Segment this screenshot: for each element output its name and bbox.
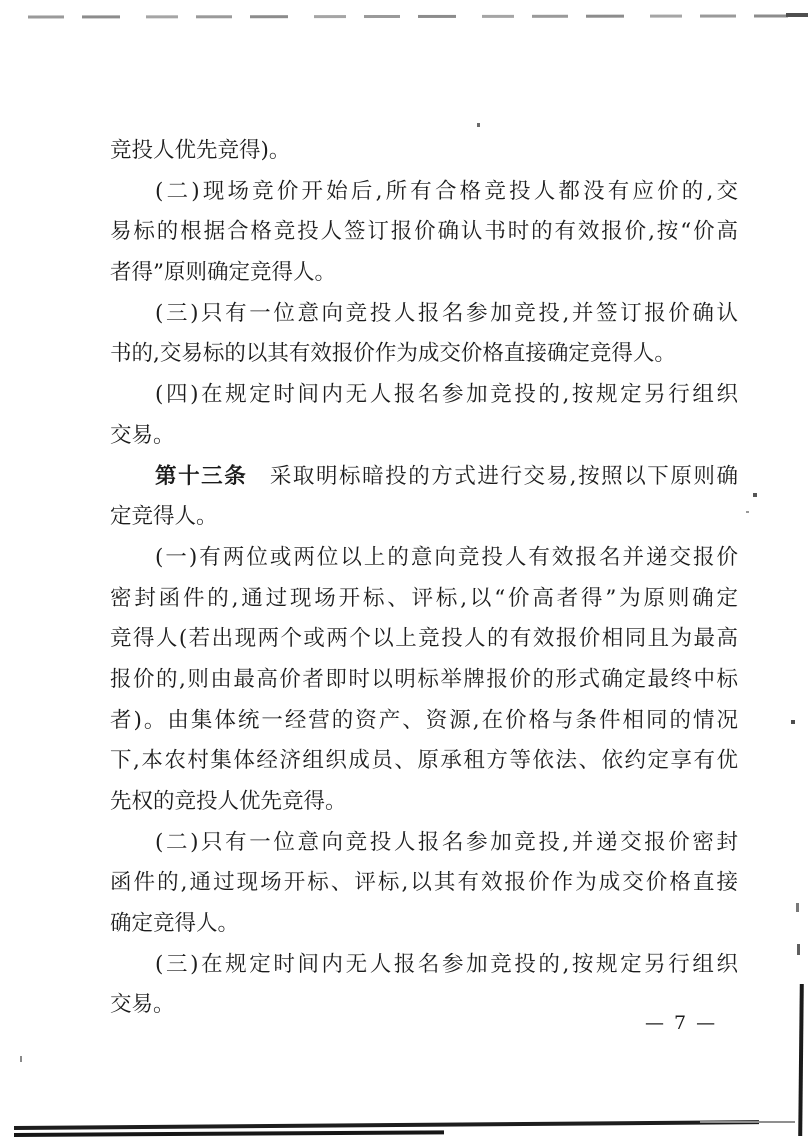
text-line-4: 者得”原则确定竞得人。 xyxy=(110,253,738,294)
text-line-11: (一)有两位或两位以上的意向竞投人有效报名并递交报价 xyxy=(110,538,738,579)
scan-speck xyxy=(791,720,795,724)
scan-artifact-right-dash xyxy=(796,903,799,912)
text-line-1: 竞投人优先竞得)。 xyxy=(110,131,738,172)
article-number-heading: 第十三条 xyxy=(155,464,247,489)
text-line-20: 确定竞得人。 xyxy=(110,904,738,945)
scan-artifact-bottom-edge-gray xyxy=(700,1121,795,1123)
text-line-7: (四)在规定时间内无人报名参加竞投的,按规定另行组织 xyxy=(110,375,738,416)
scan-speck xyxy=(477,123,480,127)
document-body: 竞投人优先竞得)。(二)现场竞价开始后,所有合格竞投人都没有应价的,交易标的根据… xyxy=(110,131,738,1026)
text-line-22: 交易。 xyxy=(110,985,738,1026)
scanned-document-page: 竞投人优先竞得)。(二)现场竞价开始后,所有合格竞投人都没有应价的,交易标的根据… xyxy=(0,0,808,1145)
text-line-6: 书的,交易标的以其有效报价作为成交价格直接确定竞得人。 xyxy=(110,334,738,375)
scan-artifact-right-dash xyxy=(797,944,800,955)
text-line-2: (二)现场竞价开始后,所有合格竞投人都没有应价的,交 xyxy=(110,172,738,213)
text-line-16: 下,本农村集体经济组织成员、原承租方等依法、依约定享有优 xyxy=(110,741,738,782)
text-line-18: (二)只有一位意向竞投人报名参加竞投,并递交报价密封 xyxy=(110,823,738,864)
text-line-9: 第十三条采取明标暗投的方式进行交易,按照以下原则确 xyxy=(110,457,738,498)
scan-artifact-right-edge xyxy=(798,984,803,1136)
text-line-3: 易标的根据合格竞投人签订报价确认书时的有效报价,按“价高 xyxy=(110,212,738,253)
text-line-5: (三)只有一位意向竞投人报名参加竞投,并签订报价确认 xyxy=(110,294,738,335)
text-line-12: 密封函件的,通过现场开标、评标,以“价高者得”为原则确定 xyxy=(110,579,738,620)
text-line-19: 函件的,通过现场开标、评标,以其有效报价作为成交价格直接 xyxy=(110,863,738,904)
text-line-15: 者)。由集体统一经营的资产、资源,在价格与条件相同的情况 xyxy=(110,701,738,742)
scan-speck xyxy=(20,1056,22,1062)
scan-artifact-top-edge xyxy=(28,14,788,18)
scan-artifact-bottom-edge xyxy=(14,1120,759,1129)
text-line-17: 先权的竞投人优先竞得。 xyxy=(110,782,738,823)
article-text: 采取明标暗投的方式进行交易,按照以下原则确 xyxy=(268,464,738,489)
text-line-14: 报价的,则由最高价者即时以明标举牌报价的形式确定最终中标 xyxy=(110,660,738,701)
text-line-10: 定竞得人。 xyxy=(110,497,738,538)
text-line-21: (三)在规定时间内无人报名参加竞投的,按规定另行组织 xyxy=(110,945,738,986)
text-line-13: 竞得人(若出现两个或两个以上竞投人的有效报价相同且为最高 xyxy=(110,619,738,660)
scan-speck xyxy=(753,493,757,497)
text-line-8: 交易。 xyxy=(110,416,738,457)
scan-artifact-top-edge-dark xyxy=(786,13,808,17)
scan-artifact-bottom-edge-thick xyxy=(14,1130,444,1137)
scan-speck xyxy=(746,511,749,513)
page-number: — 7 — xyxy=(645,1010,755,1036)
